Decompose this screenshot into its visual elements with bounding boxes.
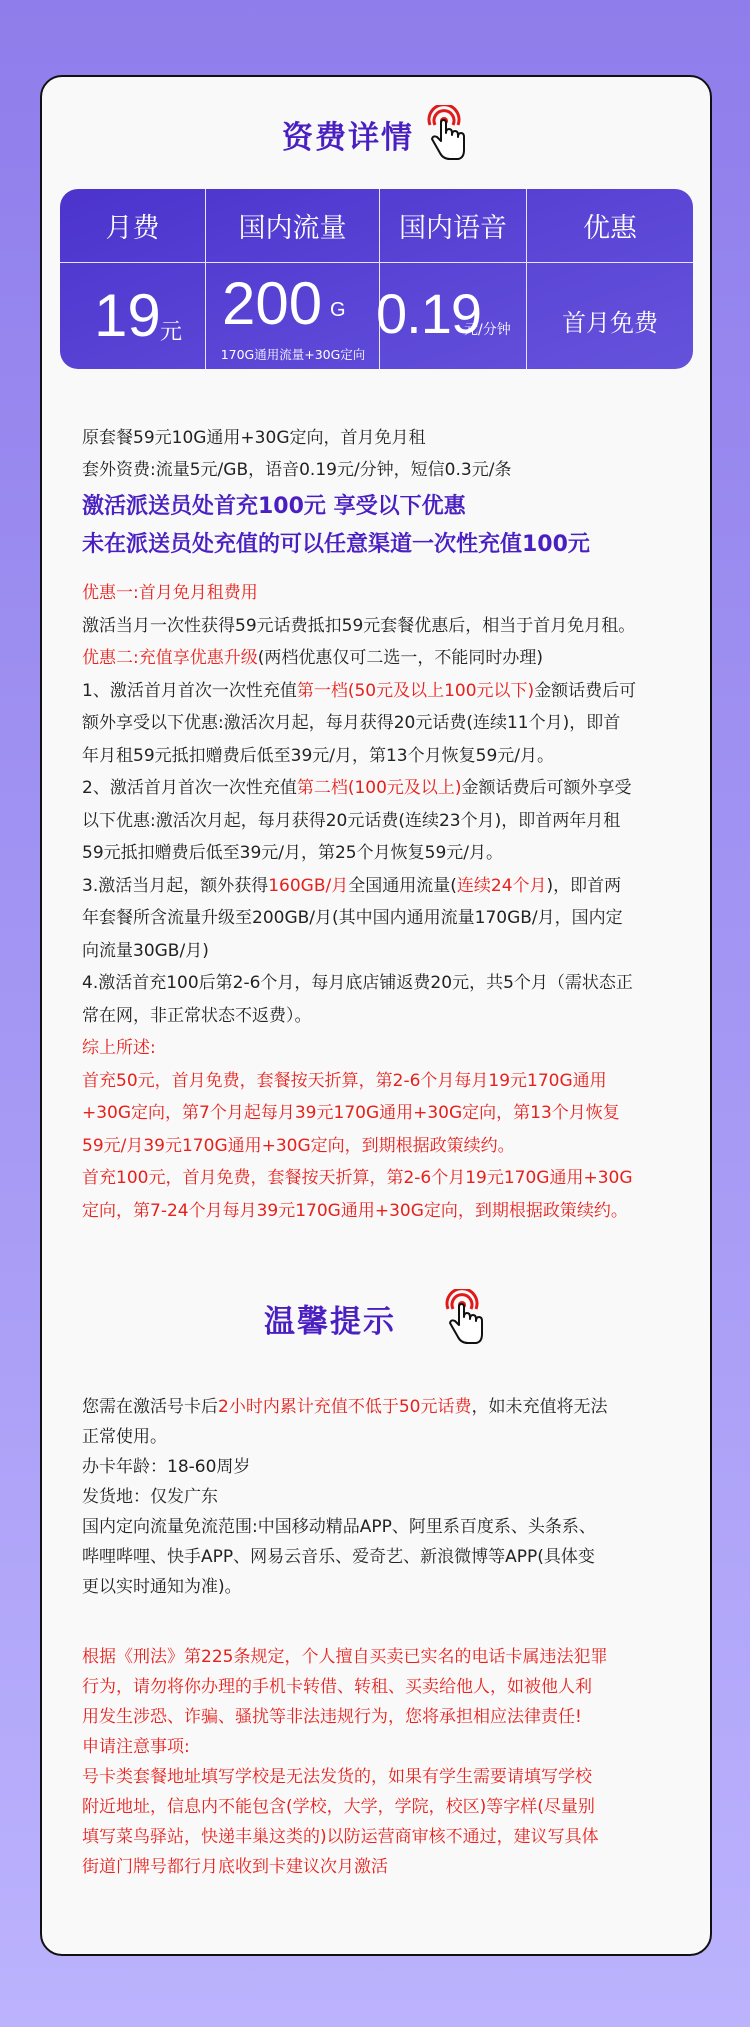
offer-item-1-line3: 年月租59元抵扣赠费后低至39元/月，第13个月恢复59元/月。	[82, 740, 682, 773]
overage-rates-text: 套外资费:流量5元/GB，语音0.19元/分钟，短信0.3元/条	[82, 454, 682, 486]
content-card: 资费详情 月费 19 元 国内流量 200 G 170G通用流量+30G定向	[40, 75, 712, 1956]
legal-line: 行为，请勿将你办理的手机卡转借、转租、买卖给他人，如被他人利	[82, 1672, 682, 1702]
highlight-any-channel-text: 未在派送员处充值的可以任意渠道一次性充值100元	[82, 526, 682, 564]
discount-column: 优惠 首月免费	[527, 189, 693, 369]
free-data-scope-line: 更以实时通知为准)。	[82, 1572, 682, 1602]
data-breakdown: 170G通用流量+30G定向	[206, 345, 380, 363]
column-header: 优惠	[527, 189, 693, 262]
summary-line: 首充100元，首月免费，套餐按天折算，第2-6个月19元170G通用+30G	[82, 1162, 682, 1195]
offer-item-2-line2: 以下优惠:激活次月起，每月获得20元话费(连续23个月)，即首两年月租	[82, 805, 682, 838]
column-header: 国内语音	[380, 189, 526, 262]
monthly-fee-number: 19	[94, 281, 161, 350]
application-note-line: 填写菜鸟驿站，快递丰巢这类的)以防运营商审核不通过，建议写具体	[82, 1822, 682, 1852]
summary-title: 综上所述:	[82, 1032, 682, 1065]
data-column: 国内流量 200 G 170G通用流量+30G定向	[206, 189, 380, 369]
legal-line: 根据《刑法》第225条规定，个人擅自买卖已实名的电话卡属违法犯罪	[82, 1642, 682, 1672]
text-span: 您需在激活号卡后	[82, 1397, 218, 1417]
highlight-recharge-text: 激活派送员处首充100元 享受以下优惠	[82, 488, 682, 526]
text-span: 全国通用流量(	[348, 876, 457, 896]
legal-notice-block: 根据《刑法》第225条规定，个人擅自买卖已实名的电话卡属违法犯罪 行为，请勿将你…	[82, 1642, 682, 1882]
tips-block: 您需在激活号卡后2小时内累计充值不低于50元话费，如未充值将无法 正常使用。 办…	[82, 1392, 682, 1602]
offer-item-4-line1: 4.激活首充100后第2-6个月，每月底店铺返费20元，共5个月（需状态正	[82, 967, 682, 1000]
text-span: 金额话费后可	[534, 681, 636, 701]
application-note-line: 号卡类套餐地址填写学校是无法发货的，如果有学生需要请填写学校	[82, 1762, 682, 1792]
voice-value: 0.19 元/分钟	[380, 263, 526, 369]
tips-section-title: 温馨提示	[42, 1289, 710, 1347]
recharge-requirement-highlight: 2小时内累计充值不低于50元话费	[218, 1397, 471, 1417]
shipping-origin: 发货地：仅发广东	[82, 1482, 682, 1512]
monthly-fee-column: 月费 19 元	[60, 189, 206, 369]
text-span: ，如未充值将无法	[471, 1397, 607, 1417]
data-unit: G	[330, 299, 346, 322]
offer2-note: (两档优惠仅可二选一，不能同时办理)	[258, 648, 543, 668]
offer-item-2-line3: 59元抵扣赠费后低至39元/月，第25个月恢复59元/月。	[82, 837, 682, 870]
recharge-requirement-line2: 正常使用。	[82, 1422, 682, 1452]
offer1-desc: 激活当月一次性获得59元话费抵扣59元套餐优惠后，相当于首月免月租。	[82, 610, 682, 643]
offer-item-2-line1: 2、激活首月首次一次性充值第二档(100元及以上)金额话费后可额外享受	[82, 772, 682, 805]
offer2-heading: 优惠二:充值享优惠升级(两档优惠仅可二选一，不能同时办理)	[82, 642, 682, 675]
text-span: 2、激活首月首次一次性充值	[82, 778, 297, 798]
offer-item-4-line2: 常在网，非正常状态不返费）。	[82, 1000, 682, 1033]
text-span: 1、激活首月首次一次性充值	[82, 681, 297, 701]
application-note-line: 街道门牌号都行月底收到卡建议次月激活	[82, 1852, 682, 1882]
tier1-text: 第一档(50元及以上100元以下)	[297, 681, 534, 701]
application-notes-title: 申请注意事项:	[82, 1732, 682, 1762]
monthly-fee-unit: 元	[160, 315, 182, 346]
data-number: 200	[222, 269, 322, 338]
text-span: )，即首两	[547, 876, 622, 896]
age-requirement: 办卡年龄：18-60周岁	[82, 1452, 682, 1482]
extra-data-text: 160GB/月	[268, 876, 348, 896]
text-span: 金额话费后可额外享受	[462, 778, 632, 798]
tariff-table: 月费 19 元 国内流量 200 G 170G通用流量+30G定向 国内语音 0…	[60, 189, 693, 369]
column-header: 国内流量	[206, 189, 379, 262]
offer-item-3-line1: 3.激活当月起，额外获得160GB/月全国通用流量(连续24个月)，即首两	[82, 870, 682, 903]
offer2-title: 优惠二:充值享优惠升级	[82, 648, 258, 668]
intro-block: 原套餐59元10G通用+30G定向，首月免月租 套外资费:流量5元/GB，语音0…	[82, 422, 682, 564]
discount-value: 首月免费	[527, 263, 693, 369]
application-note-line: 附近地址，信息内不能包含(学校，大学，学院，校区)等字样(尽量别	[82, 1792, 682, 1822]
summary-line: 定向，第7-24个月每月39元170G通用+30G定向，到期根据政策续约。	[82, 1195, 682, 1228]
text-span: 3.激活当月起，额外获得	[82, 876, 268, 896]
offer-item-1-line1: 1、激活首月首次一次性充值第一档(50元及以上100元以下)金额话费后可	[82, 675, 682, 708]
discount-text: 首月免费	[527, 303, 693, 338]
original-plan-text: 原套餐59元10G通用+30G定向，首月免月租	[82, 422, 682, 454]
summary-line: 首充50元，首月免费，套餐按天折算，第2-6个月每月19元170G通用	[82, 1065, 682, 1098]
data-value: 200 G 170G通用流量+30G定向	[206, 263, 379, 369]
summary-line: +30G定向，第7个月起每月39元170G通用+30G定向，第13个月恢复	[82, 1097, 682, 1130]
hand-pointer-icon	[442, 1289, 488, 1347]
summary-line: 59元/月39元170G通用+30G定向，到期根据政策续约。	[82, 1130, 682, 1163]
tariff-section-title: 资费详情	[42, 105, 710, 163]
free-data-scope-line: 国内定向流量免流范围:中国移动精品APP、阿里系百度系、头条系、	[82, 1512, 682, 1542]
hand-pointer-icon	[424, 105, 470, 163]
duration-text: 连续24个月	[457, 876, 547, 896]
section-title-text: 温馨提示	[264, 1296, 396, 1341]
legal-line: 用发生涉恐、诈骗、骚扰等非法违规行为，您将承担相应法律责任!	[82, 1702, 682, 1732]
section-title-text: 资费详情	[282, 112, 414, 157]
offer1-title: 优惠一:首月免月租费用	[82, 577, 682, 610]
monthly-fee-value: 19 元	[60, 263, 205, 369]
offer-item-3-line2: 年套餐所含流量升级至200GB/月(其中国内通用流量170GB/月，国内定	[82, 902, 682, 935]
offer-item-3-line3: 向流量30GB/月)	[82, 935, 682, 968]
offer-item-1-line2: 额外享受以下优惠:激活次月起，每月获得20元话费(连续11个月)，即首	[82, 707, 682, 740]
tier2-text: 第二档(100元及以上)	[297, 778, 462, 798]
recharge-requirement-line1: 您需在激活号卡后2小时内累计充值不低于50元话费，如未充值将无法	[82, 1392, 682, 1422]
voice-column: 国内语音 0.19 元/分钟	[380, 189, 527, 369]
free-data-scope-line: 哔哩哔哩、快手APP、网易云音乐、爱奇艺、新浪微博等APP(具体变	[82, 1542, 682, 1572]
column-header: 月费	[60, 189, 205, 262]
offers-block: 优惠一:首月免月租费用 激活当月一次性获得59元话费抵扣59元套餐优惠后，相当于…	[82, 577, 682, 1227]
voice-unit: 元/分钟	[464, 319, 511, 339]
